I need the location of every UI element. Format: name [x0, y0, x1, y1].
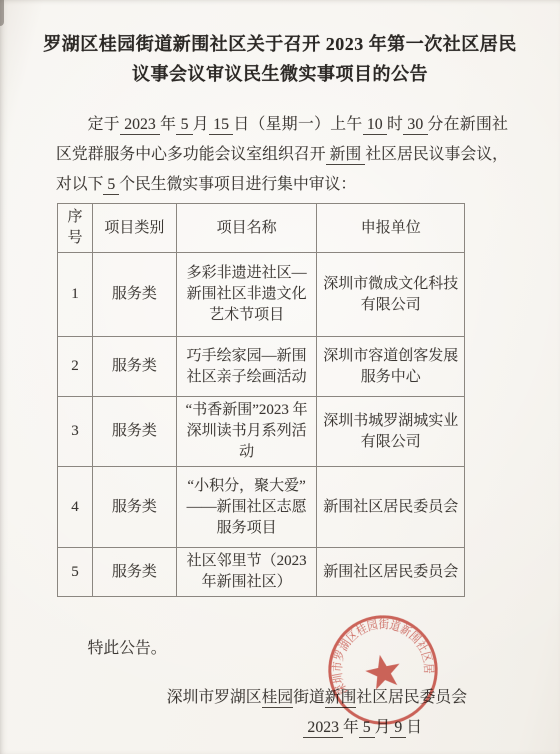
signature-segment: 深圳市罗湖区 — [167, 689, 262, 706]
signature-line: 深圳市罗湖区桂园街道新围社区居民委员会 — [0, 686, 467, 710]
cell-no: 3 — [58, 397, 93, 467]
title-line-2: 议事会议审议民生微实事项目的公告 — [26, 59, 534, 89]
cell-category: 服务类 — [92, 337, 176, 397]
title-line-1: 罗湖区桂园街道新围社区关于召开 2023 年第一次社区居民 — [26, 29, 534, 59]
filled-community-name: 新围 — [326, 146, 366, 165]
table-row: 4 服务类 “小积分，聚大爱”——新围社区志愿服务项目 新围社区居民委员会 — [58, 467, 465, 548]
cell-project-name: 社区邻里节（2023 年新围社区） — [176, 548, 317, 597]
filled-project-count: 5 — [103, 176, 119, 195]
document-title: 罗湖区桂园街道新围社区关于召开 2023 年第一次社区居民 议事会议审议民生微实… — [26, 29, 534, 89]
cell-project-name: 多彩非遗进社区—新围社区非遗文化艺术节项目 — [176, 253, 317, 337]
filled-community-name: 新围 — [325, 689, 357, 708]
cell-no: 4 — [58, 467, 93, 548]
date-segment: 月 — [375, 719, 391, 736]
table-header-row: 序号 项目类别 项目名称 申报单位 — [58, 204, 465, 253]
col-header-no: 序号 — [58, 204, 93, 253]
cell-project-name: 巧手绘家园—新围社区亲子绘画活动 — [176, 337, 317, 397]
seal-ring — [320, 607, 446, 733]
cell-no: 5 — [58, 548, 93, 597]
announcement-document: 罗湖区桂园街道新围社区关于召开 2023 年第一次社区居民 议事会议审议民生微实… — [0, 0, 560, 754]
cell-applicant-unit: 深圳市微成文化科技有限公司 — [317, 253, 465, 337]
body-segment: 日（星期一）上午 — [233, 116, 362, 133]
table-row: 3 服务类 “书香新围”2023 年深圳读书月系列活动 深圳书城罗湖城实业有限公… — [58, 397, 465, 467]
cell-applicant-unit: 新围社区居民委员会 — [317, 467, 465, 548]
filled-date-year: 2023 — [303, 719, 343, 738]
date-segment: 年 — [343, 719, 359, 736]
signature-segment: 街道 — [293, 689, 325, 706]
meeting-notice-paragraph: 定于 2023 年 5 月 15 日（星期一）上午 10 时 30 分在新围社区… — [56, 110, 508, 200]
filled-hour-value: 10 — [363, 116, 387, 135]
filled-date-day: 9 — [390, 719, 406, 738]
filled-day-value: 15 — [209, 116, 233, 135]
filled-minute-value: 30 — [403, 116, 427, 135]
signature-segment: 社区居民委员会 — [356, 689, 467, 706]
cell-project-name: “书香新围”2023 年深圳读书月系列活动 — [176, 397, 317, 467]
cell-applicant-unit: 深圳市容道创客发展服务中心 — [317, 337, 465, 397]
scan-edge-artifact — [0, 0, 4, 26]
body-segment: 定于 — [88, 116, 120, 133]
cell-no: 1 — [58, 253, 93, 337]
filled-month-value: 5 — [176, 116, 193, 135]
date-segment: 日 — [406, 719, 422, 736]
body-segment: 月 — [193, 116, 209, 133]
cell-category: 服务类 — [92, 548, 176, 597]
body-segment: 时 — [387, 116, 403, 133]
body-segment: 个民生微实事项目进行集中审议： — [119, 176, 356, 193]
col-header-applicant-unit: 申报单位 — [317, 204, 465, 253]
cell-no: 2 — [58, 337, 93, 397]
col-header-project-name: 项目名称 — [176, 204, 317, 253]
cell-project-name: “小积分，聚大爱”——新围社区志愿服务项目 — [176, 467, 317, 548]
filled-date-month: 5 — [359, 719, 375, 738]
cell-applicant-unit: 深圳书城罗湖城实业有限公司 — [317, 397, 465, 467]
table-row: 1 服务类 多彩非遗进社区—新围社区非遗文化艺术节项目 深圳市微成文化科技有限公… — [58, 253, 465, 337]
closing-statement: 特此公告。 — [56, 635, 508, 658]
table-row: 5 服务类 社区邻里节（2023 年新围社区） 新围社区居民委员会 — [58, 548, 465, 597]
cell-category: 服务类 — [92, 397, 176, 467]
cell-category: 服务类 — [92, 467, 176, 548]
col-header-category: 项目类别 — [92, 204, 176, 253]
cell-applicant-unit: 新围社区居民委员会 — [317, 548, 465, 597]
body-segment: 年 — [160, 116, 176, 133]
table-row: 2 服务类 巧手绘家园—新围社区亲子绘画活动 深圳市容道创客发展服务中心 — [58, 337, 465, 397]
cell-category: 服务类 — [92, 253, 176, 337]
date-line: 2023 年 5 月 9 日 — [0, 716, 422, 740]
filled-year-value: 2023 — [120, 116, 160, 135]
projects-table: 序号 项目类别 项目名称 申报单位 1 服务类 多彩非遗进社区—新围社区非遗文化… — [57, 203, 465, 597]
filled-street-name: 桂园 — [262, 689, 294, 708]
